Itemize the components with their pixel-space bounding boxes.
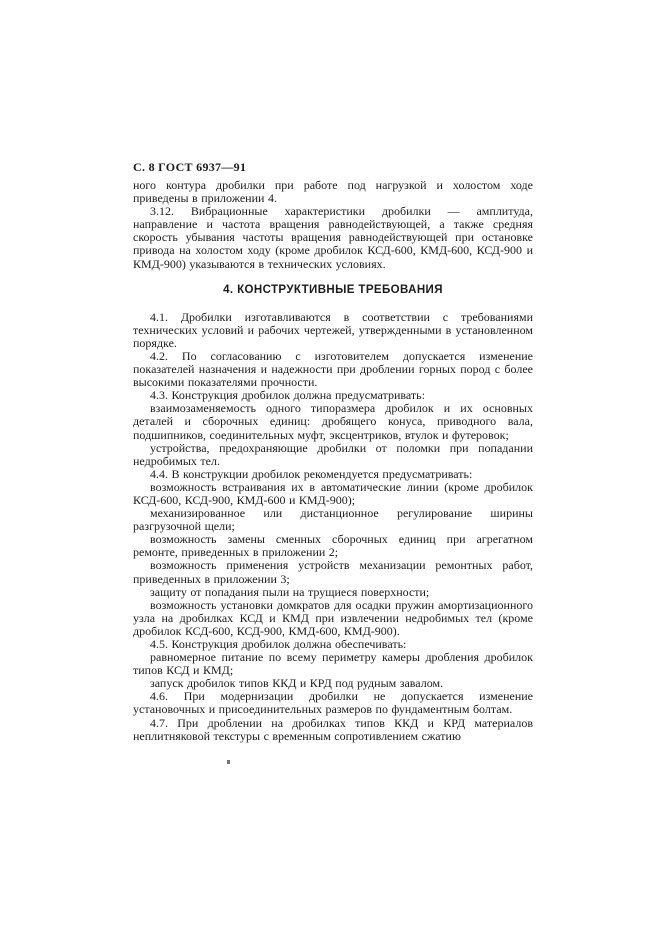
clause-4-4-item-1: возможность встраивания их в автоматичес…	[133, 481, 533, 507]
clause-4-5-item-1: равномерное питание по всему периметру к…	[133, 651, 533, 677]
clause-4-4-item-5: защиту от попадания пыли на трущиеся пов…	[133, 586, 533, 599]
clause-4-4-item-6: возможность установки домкратов для осад…	[133, 599, 533, 638]
clause-4-3-item-2: устройства, предохраняющие дробилки от п…	[133, 442, 533, 468]
clause-4-2: 4.2. По согласованию с изготовителем доп…	[133, 350, 533, 389]
clause-4-3-item-1: взаимозаменяемость одного типоразмера др…	[133, 402, 533, 441]
text-block: С. 8 ГОСТ 6937—91 ного контура дробилки …	[133, 161, 533, 743]
paragraph-continued-from-previous-page: ного контура дробилки при работе под наг…	[133, 179, 533, 205]
scan-speck-artifact	[227, 760, 230, 764]
document-body: ного контура дробилки при работе под наг…	[133, 179, 533, 743]
clause-4-4-item-3: возможность замены сменных сборочных еди…	[133, 533, 533, 559]
clause-4-1: 4.1. Дробилки изготавливаются в соответс…	[133, 311, 533, 350]
clause-3-12: 3.12. Вибрационные характеристики дробил…	[133, 205, 533, 270]
section-4-heading: 4. КОНСТРУКТИВНЫЕ ТРЕБОВАНИЯ	[133, 284, 533, 296]
page-header: С. 8 ГОСТ 6937—91	[133, 161, 533, 174]
clause-4-6: 4.6. При модернизации дробилки не допуск…	[133, 690, 533, 716]
document-page: С. 8 ГОСТ 6937—91 ного контура дробилки …	[0, 0, 661, 935]
clause-4-4: 4.4. В конструкции дробилок рекомендуетс…	[133, 468, 533, 481]
clause-4-7: 4.7. При дроблении на дробилках типов КК…	[133, 717, 533, 743]
clause-4-4-item-2: механизированное или дистанционное регул…	[133, 507, 533, 533]
clause-4-4-item-4: возможность применения устройств механиз…	[133, 559, 533, 585]
